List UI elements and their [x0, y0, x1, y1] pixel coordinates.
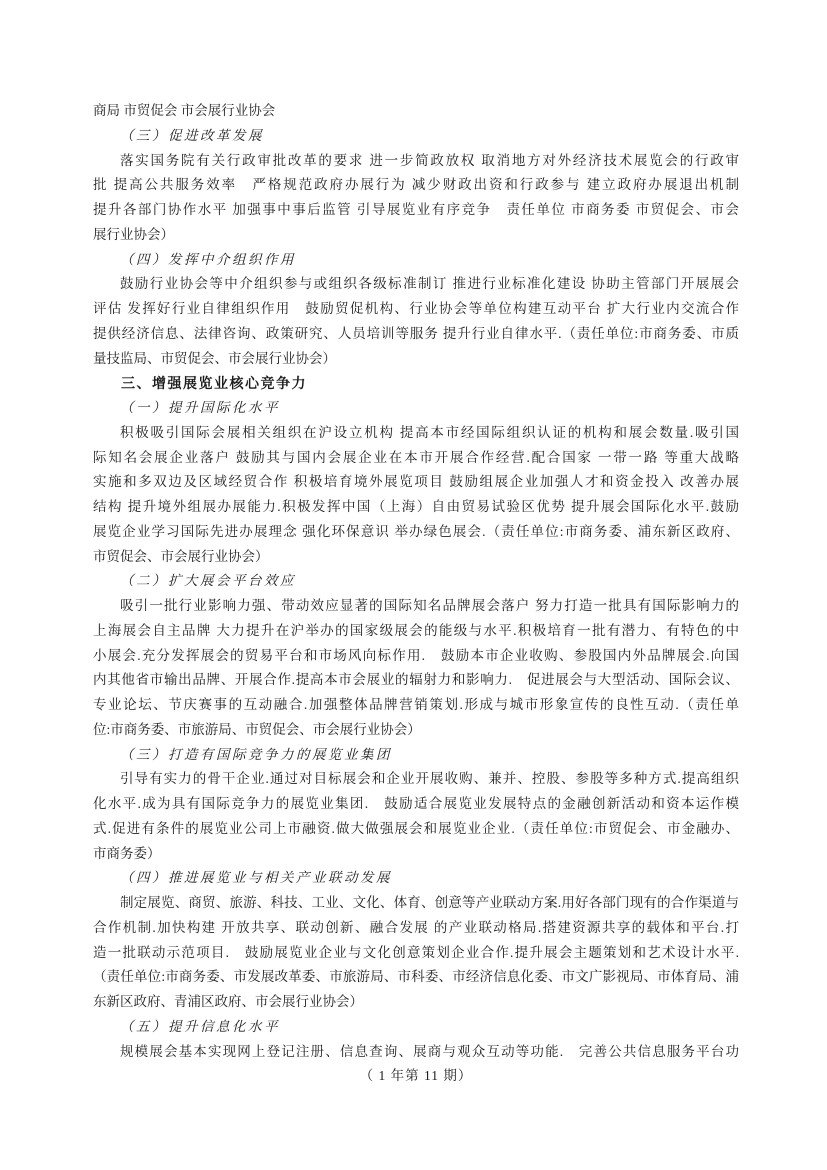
paragraph-line: 规模展会基本实现网上登记注册、信息查询、展商与观众互动等功能. 完善公共信息服务…	[93, 1040, 739, 1065]
subsection-heading: （三）促进改革发展	[93, 124, 739, 149]
paragraph-line: 市商务委）	[93, 842, 739, 867]
paragraph-line: 结构 提升境外组展办展能力.积极发挥中国（上海）自由贸易试验区优势 提升展会国际…	[93, 495, 739, 520]
paragraph-line: 吸引一批行业影响力强、带动效应显著的国际知名品牌展会落户 努力打造一批具有国际影…	[93, 594, 739, 619]
subsection-heading: （一）提升国际化水平	[93, 396, 739, 421]
paragraph-line: 化水平.成为具有国际竞争力的展览业集团. 鼓励适合展览业发展特点的金融创新活动和…	[93, 792, 739, 817]
paragraph-line: 实施和多双边及区域经贸合作 积极培育境外展览项目 鼓励组展企业加强人才和资金投入…	[93, 470, 739, 495]
subsection-heading: （三）打造有国际竞争力的展览业集团	[93, 743, 739, 768]
document-page: 商局 市贸促会 市会展行业协会 （三）促进改革发展 落实国务院有关行政审批改革的…	[0, 0, 827, 1170]
paragraph-line: 提升各部门协作水平 加强事中事后监管 引导展览业有序竞争 责任单位 市商务委 市…	[93, 198, 739, 223]
subsection-heading: （四）发挥中介组织作用	[93, 248, 739, 273]
paragraph-line: 造一批联动示范项目. 鼓励展览业企业与文化创意策划企业合作.提升展会主题策划和艺…	[93, 941, 739, 966]
paragraph-line: 内其他省市输出品牌、开展合作.提高本市会展业的辐射力和影响力. 促进展会与大型活…	[93, 668, 739, 693]
paragraph-line: （责任单位:市商务委、市发展改革委、市旅游局、市科委、市经济信息化委、市文广影视…	[93, 965, 739, 990]
paragraph-line: 专业论坛、节庆赛事的互动融合.加强整体品牌营销策划.形成与城市形象宣传的良性互动…	[93, 693, 739, 718]
paragraph-line: 上海展会自主品牌 大力提升在沪举办的国家级展会的能级与水平.积极培育一批有潜力、…	[93, 619, 739, 644]
paragraph-line: 展行业协会）	[93, 223, 739, 248]
paragraph-line: 提供经济信息、法律咨询、政策研究、人员培训等服务 提升行业自律水平.（责任单位:…	[93, 322, 739, 347]
paragraph-line: 落实国务院有关行政审批改革的要求 进一步简政放权 取消地方对外经济技术展览会的行…	[93, 149, 739, 174]
page-footer: （ 1 年第 11 期）	[93, 1064, 739, 1089]
paragraph-line: 式.促进有条件的展览业公司上市融资.做大做强展会和展览业企业.（责任单位:市贸促…	[93, 817, 739, 842]
paragraph-line: 量技监局、市贸促会、市会展行业协会）	[93, 347, 739, 372]
paragraph-line: 引导有实力的骨干企业.通过对目标展会和企业开展收购、兼并、控股、参股等多种方式.…	[93, 767, 739, 792]
paragraph-line: 东新区政府、青浦区政府、市会展行业协会）	[93, 990, 739, 1015]
subsection-heading: （五）提升信息化水平	[93, 1015, 739, 1040]
paragraph-line: 际知名会展企业落户 鼓励其与国内会展企业在本市开展合作经营.配合国家 一带一路 …	[93, 446, 739, 471]
paragraph-line: 制定展览、商贸、旅游、科技、工业、文化、体育、创意等产业联动方案.用好各部门现有…	[93, 891, 739, 916]
paragraph-line: 批 提高公共服务效率 严格规范政府办展行为 减少财政出资和行政参与 建立政府办展…	[93, 173, 739, 198]
paragraph-line: 展览企业学习国际先进办展理念 强化环保意识 举办绿色展会.（责任单位:市商务委、…	[93, 520, 739, 545]
chapter-heading: 三、增强展览业核心竞争力	[93, 371, 739, 396]
paragraph-line: 鼓励行业协会等中介组织参与或组织各级标准制订 推进行业标准化建设 协助主管部门开…	[93, 272, 739, 297]
subsection-heading: （四）推进展览业与相关产业联动发展	[93, 866, 739, 891]
paragraph-line: 小展会.充分发挥展会的贸易平台和市场风向标作用. 鼓励本市企业收购、参股国内外品…	[93, 644, 739, 669]
paragraph-line: 合作机制.加快构建 开放共享、联动创新、融合发展 的产业联动格局.搭建资源共享的…	[93, 916, 739, 941]
continuation-line: 商局 市贸促会 市会展行业协会	[93, 99, 739, 124]
subsection-heading: （二）扩大展会平台效应	[93, 569, 739, 594]
document-body: 商局 市贸促会 市会展行业协会 （三）促进改革发展 落实国务院有关行政审批改革的…	[93, 99, 739, 1089]
paragraph-line: 评估 发挥好行业自律组织作用 鼓励贸促机构、行业协会等单位构建互动平台 扩大行业…	[93, 297, 739, 322]
paragraph-line: 位:市商务委、市旅游局、市贸促会、市会展行业协会）	[93, 718, 739, 743]
paragraph-line: 积极吸引国际会展相关组织在沪设立机构 提高本市经国际组织认证的机构和展会数量.吸…	[93, 421, 739, 446]
paragraph-line: 市贸促会、市会展行业协会）	[93, 545, 739, 570]
